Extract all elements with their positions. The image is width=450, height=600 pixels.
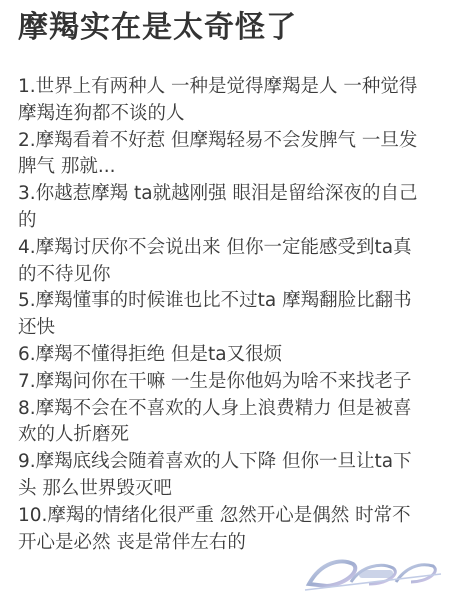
list-item: 2.摩羯看着不好惹 但摩羯轻易不会发脾气 一旦发脾气 那就... [18, 128, 418, 182]
list-item: 4.摩羯讨厌你不会说出来 但你一定能感受到ta真的不待见你 [18, 235, 418, 289]
page-title: 摩羯实在是太奇怪了 [18, 8, 297, 48]
list-item: 1.世界上有两种人 一种是觉得摩羯是人 一种觉得摩羯连狗都不谈的人 [18, 74, 418, 128]
list-item: 6.摩羯不懂得拒绝 但是ta又很烦 [18, 342, 418, 369]
list-item: 8.摩羯不会在不喜欢的人身上浪费精力 但是被喜欢的人折磨死 [18, 396, 418, 450]
list-item: 3.你越惹摩羯 ta就越刚强 眼泪是留给深夜的自己的 [18, 181, 418, 235]
item-list: 1.世界上有两种人 一种是觉得摩羯是人 一种觉得摩羯连狗都不谈的人 2.摩羯看着… [18, 74, 418, 556]
list-item: 7.摩羯问你在干嘛 一生是你他妈为啥不来找老子 [18, 369, 418, 396]
list-item: 10.摩羯的情绪化很严重 忽然开心是偶然 时常不开心是必然 丧是常伴左右的 [18, 503, 418, 557]
list-item: 5.摩羯懂事的时候谁也比不过ta 摩羯翻脸比翻书还快 [18, 288, 418, 342]
list-item: 9.摩羯底线会随着喜欢的人下降 但你一旦让ta下头 那么世界毁灭吧 [18, 449, 418, 503]
dress-logo-watermark-icon [301, 554, 446, 594]
